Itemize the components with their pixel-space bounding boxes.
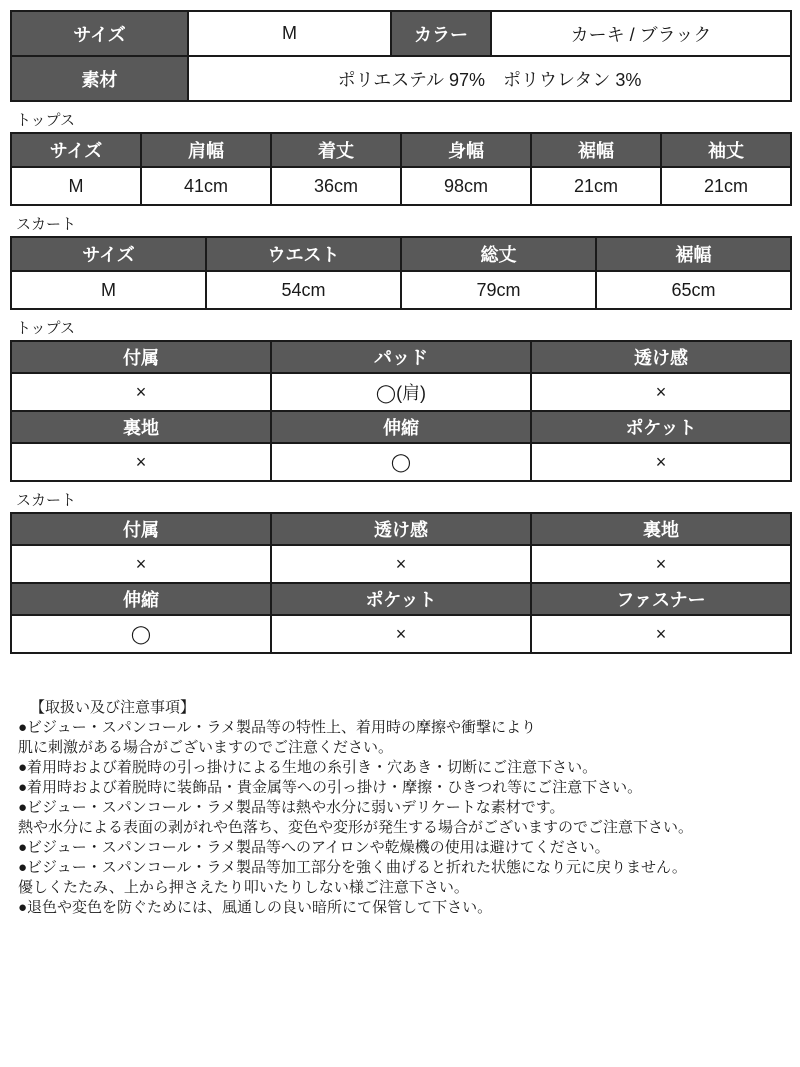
measurement-cell: M [11,167,141,205]
column-header-shoulder: 肩幅 [141,133,271,167]
skirt-features-header-row-2: 伸縮 ポケット ファスナー [11,583,791,615]
skirt-size-value-row: M 54cm 79cm 65cm [11,271,791,309]
feature-mark-cell: × [531,615,791,653]
measurement-cell: 21cm [661,167,791,205]
tops-features-header-row-1: 付属 パッド 透け感 [11,341,791,373]
skirt-features-header-row-1: 付属 透け感 裏地 [11,513,791,545]
feature-header-pocket: ポケット [271,583,531,615]
feature-header-pad: パッド [271,341,531,373]
feature-header-pocket: ポケット [531,411,791,443]
feature-header-lining: 裏地 [531,513,791,545]
care-notes-title: 【取扱い及び注意事項】 [18,698,800,718]
summary-table: サイズ M カラー カーキ / ブラック 素材 ポリエステル 97% ポリウレタ… [10,10,792,102]
feature-header-stretch: 伸縮 [11,583,271,615]
tops-size-section-label: トップス [16,112,800,130]
color-value-cell: カーキ / ブラック [491,11,791,56]
feature-header-lining: 裏地 [11,411,271,443]
care-note-line: ●着用時および着脱時に装飾品・貴金属等への引っ掛け・摩擦・ひきつれ等にご注意下さ… [18,778,800,798]
skirt-size-header-row: サイズ ウエスト 総丈 裾幅 [11,237,791,271]
measurement-cell: 54cm [206,271,401,309]
color-header-cell: カラー [391,11,491,56]
feature-mark-cell: ◯(肩) [271,373,531,411]
skirt-size-table: サイズ ウエスト 総丈 裾幅 M 54cm 79cm 65cm [10,236,792,310]
feature-header-zipper: ファスナー [531,583,791,615]
feature-mark-cell: × [11,373,271,411]
column-header-hem-width: 裾幅 [596,237,791,271]
tops-features-value-row-2: × ◯ × [11,443,791,481]
feature-mark-cell: × [531,373,791,411]
column-header-hem-width: 裾幅 [531,133,661,167]
feature-mark-cell: ◯ [271,443,531,481]
feature-header-accessory: 付属 [11,513,271,545]
measurement-cell: M [11,271,206,309]
column-header-size: サイズ [11,237,206,271]
summary-row-material: 素材 ポリエステル 97% ポリウレタン 3% [11,56,791,101]
measurement-cell: 79cm [401,271,596,309]
care-note-line: ●着用時および着脱時の引っ掛けによる生地の糸引き・穴あき・切断にご注意下さい。 [18,758,800,778]
skirt-features-section-label: スカート [16,492,800,510]
tops-size-header-row: サイズ 肩幅 着丈 身幅 裾幅 袖丈 [11,133,791,167]
feature-mark-cell: × [11,443,271,481]
tops-features-header-row-2: 裏地 伸縮 ポケット [11,411,791,443]
feature-header-stretch: 伸縮 [271,411,531,443]
care-note-line: ●ビジュー・スパンコール・ラメ製品等加工部分を強く曲げると折れた状態になり元に戻… [18,858,800,878]
feature-mark-cell: × [271,615,531,653]
skirt-features-table: 付属 透け感 裏地 × × × 伸縮 ポケット ファスナー ◯ × × [10,512,792,654]
measurement-cell: 36cm [271,167,401,205]
feature-mark-cell: × [531,545,791,583]
feature-header-sheerness: 透け感 [271,513,531,545]
feature-mark-cell: ◯ [11,615,271,653]
column-header-length: 着丈 [271,133,401,167]
column-header-size: サイズ [11,133,141,167]
feature-header-sheerness: 透け感 [531,341,791,373]
column-header-waist: ウエスト [206,237,401,271]
feature-mark-cell: × [11,545,271,583]
tops-features-table: 付属 パッド 透け感 × ◯(肩) × 裏地 伸縮 ポケット × ◯ × [10,340,792,482]
feature-header-accessory: 付属 [11,341,271,373]
summary-row-size-color: サイズ M カラー カーキ / ブラック [11,11,791,56]
skirt-features-value-row-2: ◯ × × [11,615,791,653]
material-value-cell: ポリエステル 97% ポリウレタン 3% [188,56,791,101]
column-header-total-length: 総丈 [401,237,596,271]
measurement-cell: 65cm [596,271,791,309]
care-note-line: ●ビジュー・スパンコール・ラメ製品等は熱や水分に弱いデリケートな素材です。 [18,798,800,818]
tops-size-value-row: M 41cm 36cm 98cm 21cm 21cm [11,167,791,205]
measurement-cell: 41cm [141,167,271,205]
column-header-body-width: 身幅 [401,133,531,167]
tops-features-section-label: トップス [16,320,800,338]
care-note-line: ●退色や変色を防ぐためには、風通しの良い暗所にて保管して下さい。 [18,898,800,918]
feature-mark-cell: × [271,545,531,583]
size-header-cell: サイズ [11,11,188,56]
size-value-cell: M [188,11,391,56]
care-note-line: 優しくたたみ、上から押さえたり叩いたりしない様ご注意下さい。 [18,878,800,898]
skirt-features-value-row-1: × × × [11,545,791,583]
care-notes-block: 【取扱い及び注意事項】 ●ビジュー・スパンコール・ラメ製品等の特性上、着用時の摩… [0,698,800,918]
feature-mark-cell: × [531,443,791,481]
material-header-cell: 素材 [11,56,188,101]
column-header-sleeve: 袖丈 [661,133,791,167]
product-spec-sheet: サイズ M カラー カーキ / ブラック 素材 ポリエステル 97% ポリウレタ… [0,0,800,918]
tops-features-value-row-1: × ◯(肩) × [11,373,791,411]
care-note-line: ●ビジュー・スパンコール・ラメ製品等の特性上、着用時の摩擦や衝撃により [18,718,800,738]
care-note-line: 熱や水分による表面の剥がれや色落ち、変色や変形が発生する場合がございますのでご注… [18,818,800,838]
skirt-size-section-label: スカート [16,216,800,234]
measurement-cell: 98cm [401,167,531,205]
measurement-cell: 21cm [531,167,661,205]
care-note-line: ●ビジュー・スパンコール・ラメ製品等へのアイロンや乾燥機の使用は避けてください。 [18,838,800,858]
tops-size-table: サイズ 肩幅 着丈 身幅 裾幅 袖丈 M 41cm 36cm 98cm 21cm… [10,132,792,206]
care-note-line: 肌に刺激がある場合がございますのでご注意ください。 [18,738,800,758]
